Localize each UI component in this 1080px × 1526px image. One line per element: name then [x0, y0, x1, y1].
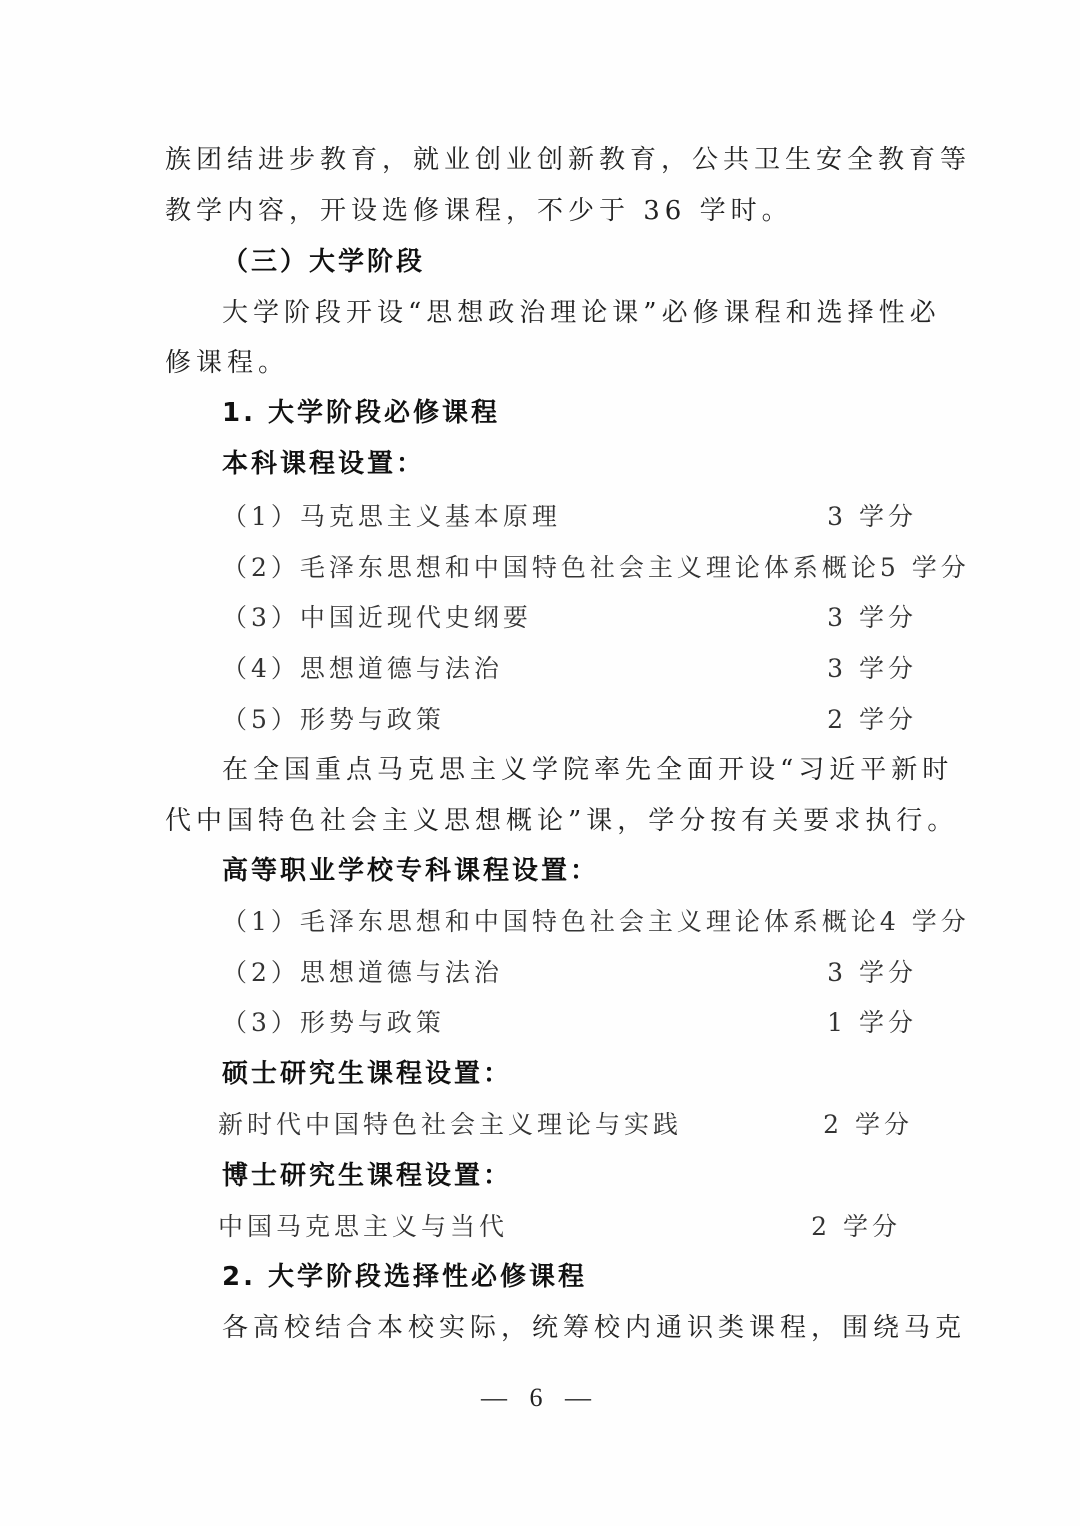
course-credits: 3 学分 [827, 593, 917, 643]
course-row: （3）形势与政策 1 学分 [222, 998, 917, 1048]
course-row: 新时代中国特色社会主义理论与实践 2 学分 [218, 1100, 913, 1150]
course-credits: 5 学分 [880, 543, 970, 593]
course-credits: 3 学分 [827, 948, 917, 998]
course-name: （4）思想道德与法治 [222, 644, 503, 694]
course-credits: 3 学分 [827, 492, 917, 542]
course-row: 中国马克思主义与当代 2 学分 [218, 1202, 901, 1252]
course-row: （5）形势与政策 2 学分 [222, 695, 917, 745]
course-name: （3）形势与政策 [222, 998, 445, 1048]
course-name: 新时代中国特色社会主义理论与实践 [218, 1100, 682, 1150]
section-heading: （三）大学阶段 [222, 237, 974, 287]
course-row: （4）思想道德与法治 3 学分 [222, 644, 917, 694]
course-name: （2）毛泽东思想和中国特色社会主义理论体系概论 [222, 543, 880, 593]
subsection-heading: 1. 大学阶段必修课程 [222, 388, 974, 438]
paragraph-line: 族团结进步教育，就业创业创新教育，公共卫生安全教育等 [165, 135, 917, 185]
paragraph-line: 各高校结合本校实际，统筹校内通识类课程，围绕马克 [222, 1303, 974, 1353]
paragraph-line: 修课程。 [165, 338, 917, 388]
course-credits: 2 学分 [827, 695, 917, 745]
course-name: （5）形势与政策 [222, 695, 445, 745]
paragraph-line: 在全国重点马克思主义学院率先全面开设“习近平新时 [222, 745, 974, 795]
course-row: （2）毛泽东思想和中国特色社会主义理论体系概论 5 学分 [222, 543, 917, 593]
course-name: （1）马克思主义基本原理 [222, 492, 561, 542]
paragraph-line: 大学阶段开设“思想政治理论课”必修课程和选择性必 [222, 288, 974, 338]
course-credits: 1 学分 [827, 998, 917, 1048]
course-credits: 4 学分 [880, 897, 970, 947]
course-row: （2）思想道德与法治 3 学分 [222, 948, 917, 998]
course-name: （1）毛泽东思想和中国特色社会主义理论体系概论 [222, 897, 880, 947]
course-group-heading: 本科课程设置： [222, 439, 974, 489]
course-name: （2）思想道德与法治 [222, 948, 503, 998]
course-row: （1）毛泽东思想和中国特色社会主义理论体系概论 4 学分 [222, 897, 917, 947]
course-name: 中国马克思主义与当代 [218, 1202, 508, 1252]
course-row: （1）马克思主义基本原理 3 学分 [222, 492, 917, 542]
subsection-heading: 2. 大学阶段选择性必修课程 [222, 1252, 974, 1302]
paragraph-line: 代中国特色社会主义思想概论”课，学分按有关要求执行。 [165, 796, 917, 846]
course-credits: 2 学分 [823, 1100, 913, 1150]
page-number: — 6 — [0, 1378, 1080, 1418]
document-page: 族团结进步教育，就业创业创新教育，公共卫生安全教育等 教学内容，开设选修课程，不… [0, 0, 1080, 1526]
course-row: （3）中国近现代史纲要 3 学分 [222, 593, 917, 643]
course-group-heading: 硕士研究生课程设置： [222, 1049, 974, 1099]
paragraph-line: 教学内容，开设选修课程，不少于 36 学时。 [165, 186, 917, 236]
course-name: （3）中国近现代史纲要 [222, 593, 532, 643]
course-group-heading: 高等职业学校专科课程设置： [222, 846, 974, 896]
course-group-heading: 博士研究生课程设置： [222, 1151, 974, 1201]
course-credits: 3 学分 [827, 644, 917, 694]
course-credits: 2 学分 [811, 1202, 901, 1252]
